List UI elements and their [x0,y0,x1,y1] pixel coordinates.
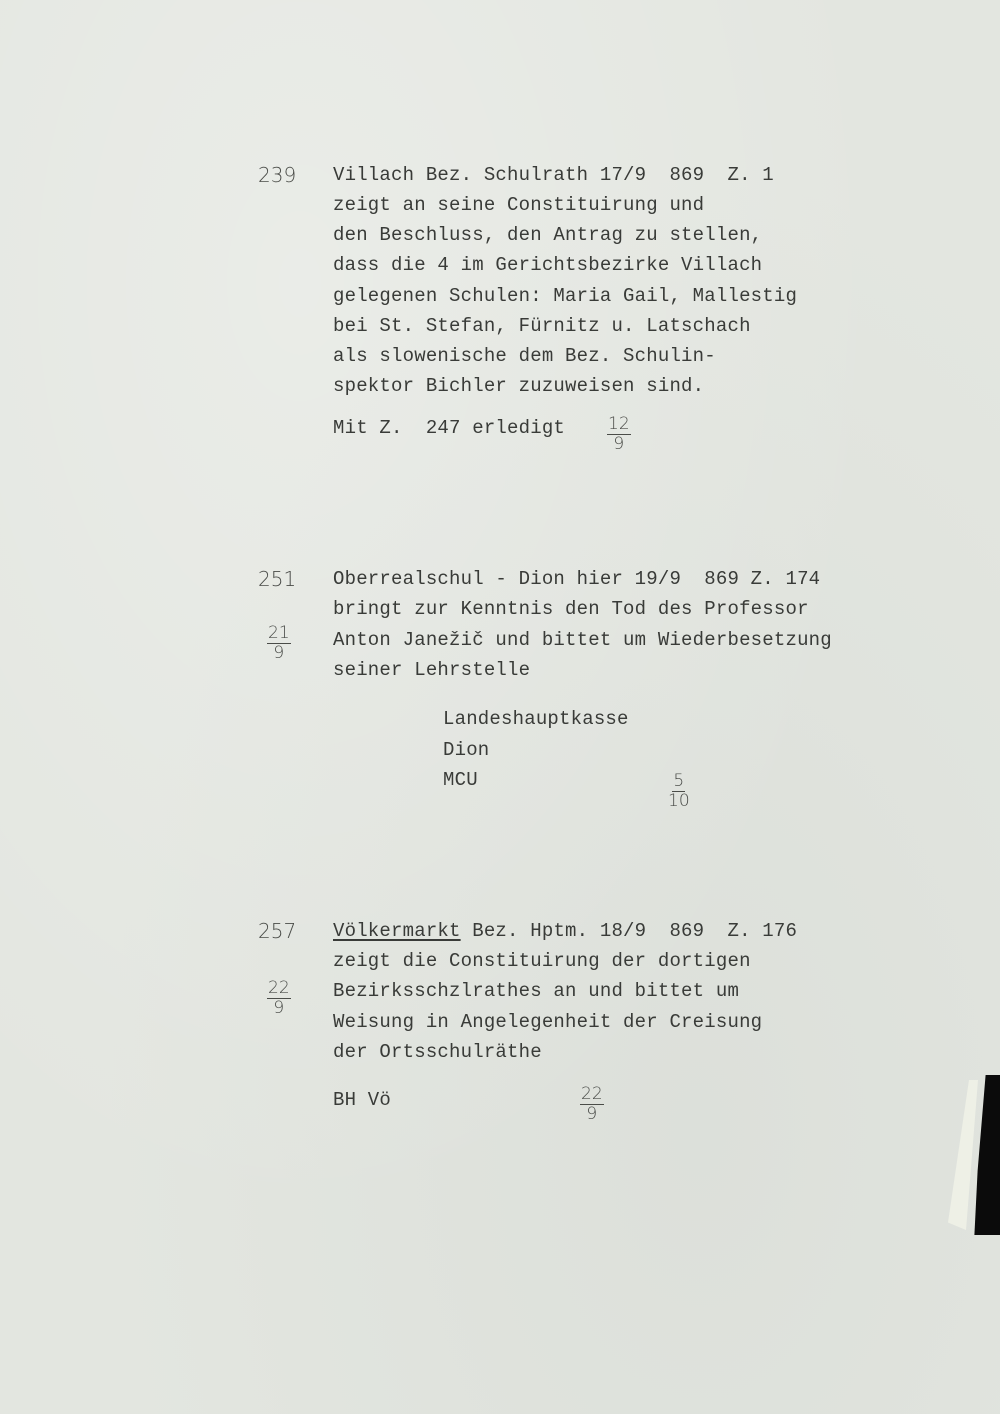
entry-number: 257 [258,919,296,943]
entry-number: 239 [258,163,296,187]
recipient: MCU [443,769,478,791]
recipient-date: 5 10 [668,773,690,810]
entry-line: gelegenen Schulen: Maria Gail, Mallestig [333,285,797,307]
entry-line: bei St. Stefan, Fürnitz u. Latschach [333,315,751,337]
entry-line: dass die 4 im Gerichtsbezirke Villach [333,254,762,276]
entry-line: bringt zur Kenntnis den Tod des Professo… [333,598,809,620]
note-date: 22 9 [580,1086,604,1123]
entry-line: Weisung in Angelegenheit der Creisung [333,1011,762,1033]
entry-line: seiner Lehrstelle [333,659,530,681]
entry-note: BH Vö [333,1089,391,1111]
entry-line: Anton Janežič und bittet um Wiederbesetz… [333,629,832,651]
entry-line: der Ortsschulräthe [333,1041,542,1063]
entry-heading-rest: Bez. Hptm. 18/9 869 Z. 176 [461,920,797,942]
entry-line: zeigt die Constituirung der dortigen [333,950,751,972]
entry-line: Bezirksschzlrathes an und bittet um [333,980,739,1002]
entry-line: spektor Bichler zuzuweisen sind. [333,375,704,397]
entry-note: Mit Z. 247 erledigt [333,417,565,439]
entry-date: 21 9 [267,625,291,662]
entry-date: 22 9 [267,980,291,1017]
entry-line: den Beschluss, den Antrag zu stellen, [333,224,762,246]
document-page: 239 Villach Bez. Schulrath 17/9 869 Z. 1… [0,0,1000,1414]
entry-number: 251 [258,567,296,591]
entry-line: Oberrealschul - Dion hier 19/9 869 Z. 17… [333,568,820,590]
entry-line: als slowenische dem Bez. Schulin- [333,345,716,367]
place-name: Völkermarkt [333,920,461,942]
entry-first-line: Völkermarkt Bez. Hptm. 18/9 869 Z. 176 [333,920,797,942]
note-date: 12 9 [607,416,631,453]
recipient: Dion [443,739,489,761]
entry-line: zeigt an seine Constituirung und [333,194,704,216]
recipient: Landeshauptkasse [443,708,629,730]
entry-line: Villach Bez. Schulrath 17/9 869 Z. 1 [333,164,774,186]
page-edge-highlight [948,1080,978,1230]
